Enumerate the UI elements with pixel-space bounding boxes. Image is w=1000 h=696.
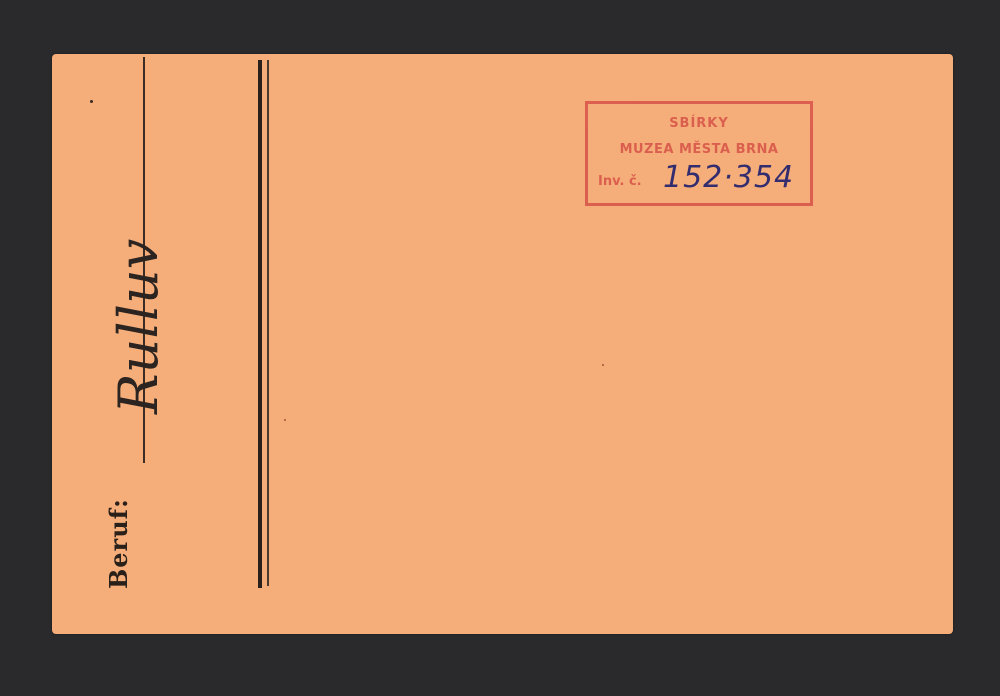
stamp-line-museum: MUZEA MĚSTA BRNA <box>588 142 810 157</box>
index-card: Rulluv Beruf: SBÍRKY MUZEA MĚSTA BRNA In… <box>52 54 953 634</box>
paper-speck <box>602 364 604 366</box>
beruf-label: Beruf: <box>104 498 133 589</box>
divider-thick-line <box>258 60 262 588</box>
museum-stamp: SBÍRKY MUZEA MĚSTA BRNA Inv. č. 152·354 <box>585 101 813 206</box>
divider-thin-line <box>267 60 269 586</box>
stamp-line-collections: SBÍRKY <box>588 116 810 131</box>
inventory-number: 152·354 <box>663 160 794 195</box>
paper-speck <box>284 419 286 421</box>
paper-speck <box>90 100 93 103</box>
handwritten-occupation: Rulluv <box>107 239 170 414</box>
stamp-line-inv-prefix: Inv. č. <box>598 174 642 189</box>
